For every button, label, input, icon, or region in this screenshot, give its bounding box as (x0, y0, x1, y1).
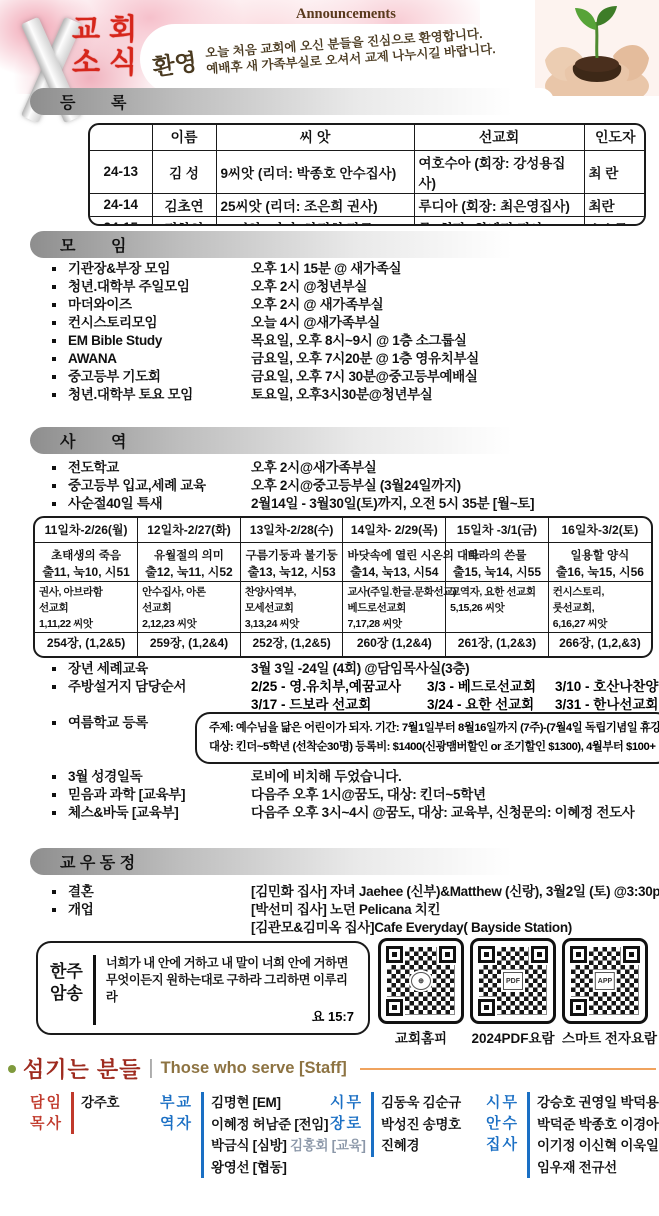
news-line: [김관모&김미옥 집사]Cafe Everyday( Bayside Stati… (251, 919, 572, 937)
news-lines: [박선미 집사] 노던 Pelicana 치킨[김관모&김미옥 집사]Cafe … (251, 901, 572, 937)
registration-cell: 스스로 (584, 216, 646, 226)
registration-table: 이름씨 앗선교회인도자 24-13김 성9씨앗 (리더: 박종호 안수집사)여호… (88, 123, 646, 226)
lent-hymn-cell: 259장, (1,2&4) (138, 632, 241, 657)
section-header-meetings: 모 임 (30, 231, 554, 258)
list-item-value: 오후 1시 15분 @ 새가족실 (251, 260, 401, 278)
list-item: 기관장&부장 모임오후 1시 15분 @ 새가족실 (50, 260, 650, 278)
list-item-value: 2월14일 - 3월30일(토)까지, 오전 5시 35분 [월~토] (251, 495, 534, 513)
qr-finder-icon (531, 946, 548, 963)
list-item-label: 기관장&부장 모임 (68, 260, 251, 278)
staff-group-label: 시무장로 (330, 1090, 363, 1157)
registration-cell-value: 25씨앗 (리더: 조은희 권사) (221, 199, 378, 214)
news-lines: [김민화 집사] 자녀 Jaehee (신부)&Matthew (신랑), 3월… (251, 883, 659, 901)
registration-header-cell: 이름 (152, 125, 216, 150)
verse-reference: 요 15:7 (106, 1006, 358, 1025)
summer-school-line2: 대상: 킨더~5학년 (선착순30명) 등록비: $1400(신광맴버할인 or… (209, 738, 659, 757)
lent-day-cell: 16일차-3/2(토) (548, 518, 651, 542)
qr-label: 2024PDF요람 (470, 1027, 556, 1047)
page-title-line2: 소식 (72, 47, 146, 80)
lent-scripture-text: 출14, 눅13, 시54 (347, 563, 441, 580)
kitchen-duty-row: 2/25 - 영.유치부,예꿈교사3/3 - 베드로선교회3/10 - 호산나찬… (251, 678, 659, 696)
bullet-square-icon (52, 502, 56, 506)
lent-theme-cell: 유월절의 의미출12, 눅11, 시52 (138, 542, 241, 581)
staff-title-divider: | (148, 1057, 153, 1080)
ministry-list: 전도학교오후 2시@새가족부실중고등부 입교,세례 교육오후 2시@중고등부실 … (50, 459, 650, 513)
lent-theme-row: 초태생의 죽음출11, 눅10, 시51유월절의 의미출12, 눅11, 시52… (35, 542, 651, 581)
lent-group-line: 5,15,26 씨앗 (450, 599, 544, 615)
lent-group-row: 권사, 아브라함선교회1,11,22 씨앗안수집사, 아론선교회2,12,23 … (35, 581, 651, 632)
lent-hymn-row: 254장, (1,2&5)259장, (1,2&4)252장, (1,2&5)2… (35, 632, 651, 657)
staff-names: 강주호 (81, 1090, 119, 1134)
table-row: 24-14김초연25씨앗 (리더: 조은희 권사)루디아 (회장: 최은영집사)… (90, 193, 646, 216)
staff-group: 담임목사강주호 (30, 1090, 119, 1134)
bullet-square-icon (52, 908, 56, 912)
registration-cell-value: 최 란 (589, 166, 619, 181)
lent-table: 11일차-2/26(월)12일차-2/27(화)13일차-2/28(수)14일차… (33, 516, 653, 658)
qr-item: PDF2024PDF요람 (470, 938, 556, 1047)
registration-cell-value: 여호수아 (회장: 강성용집사) (419, 156, 566, 191)
church-logo-icon: ⊕ (411, 972, 431, 990)
staff-subtitle: Those who serve [Staff] (161, 1059, 347, 1078)
list-item: AWANA금요일, 오후 7시20분 @ 1층 영유치부실 (50, 350, 650, 368)
list-item-label: 청년.대학부 토요 모임 (68, 386, 251, 404)
list-item-label: 개업 (68, 901, 251, 919)
staff-title: 섬기는 분들 (23, 1053, 141, 1084)
orange-rule (360, 1068, 656, 1070)
staff-heading: 섬기는 분들 | Those who serve [Staff] (8, 1053, 656, 1084)
list-item-value: 금요일, 오후 7시20분 @ 1층 영유치부실 (251, 350, 479, 368)
registration-cell: 29씨앗 (리더: 차경희 장로) (216, 216, 414, 226)
registration-table-head: 이름씨 앗선교회인도자 (90, 125, 646, 150)
bullet-square-icon (52, 811, 56, 815)
lent-group-line: 선교회 (142, 599, 236, 615)
announcements-label: Announcements (296, 6, 396, 23)
table-row: 24-15정찬영29씨앗 (리더: 차경희 장로)룻 (회장: 원혜경 권사)스… (90, 216, 646, 226)
qr-code: ⊕ (378, 938, 464, 1024)
qr-finder-icon (478, 946, 495, 963)
registration-cell-value: 9씨앗 (리더: 박종호 안수집사) (221, 166, 397, 181)
registration-cell-value: 룻 (회장: 원혜경 권사) (419, 222, 548, 227)
list-item: 사순절40일 특새2월14일 - 3월30일(토)까지, 오전 5시 35분 [… (50, 495, 650, 513)
list-item: 중고등부 기도회금요일, 오후 7시 30분@중고등부예배실 (50, 368, 650, 386)
lent-scripture-text: 출16, 눅15, 시56 (553, 563, 647, 580)
bullet-square-icon (52, 721, 56, 725)
registration-cell-value: 루디아 (회장: 최은영집사) (419, 199, 570, 214)
staff-name-line: 진혜경 (381, 1135, 461, 1157)
list-item-label: 3월 성경일독 (68, 768, 251, 786)
bullet-square-icon (52, 375, 56, 379)
lent-day-cell: 13일차-2/28(수) (240, 518, 343, 542)
news-line: [김민화 집사] 자녀 Jaehee (신부)&Matthew (신랑), 3월… (251, 883, 659, 901)
staff-name-text: 박금식 [심방] (211, 1138, 290, 1153)
bullet-square-icon (52, 303, 56, 307)
staff-divider-bar (201, 1092, 204, 1178)
post-items-list: 장년 세례교육3월 3일 -24일 (4회) @담임목사실(3층)주방설거지 담… (50, 660, 650, 822)
lent-theme-text: 초태생의 죽음 (39, 544, 133, 563)
lent-group-line: 안수집사, 아론 (142, 583, 236, 599)
registration-cell: 룻 (회장: 원혜경 권사) (414, 216, 584, 226)
list-item-value: 금요일, 오후 7시 30분@중고등부예배실 (251, 368, 478, 386)
qr-label: 교회홈피 (378, 1027, 464, 1047)
lent-day-cell: 15일차 -3/1(금) (446, 518, 549, 542)
staff-name-line: 박덕준 박종호 이경아 (537, 1114, 659, 1136)
lent-group-line: 베드로선교회 (347, 599, 441, 615)
registration-header-cell (90, 125, 152, 150)
lent-hymn-cell: 254장, (1,2&5) (35, 632, 138, 657)
green-dot-icon (8, 1065, 16, 1073)
list-item: EM Bible Study목요일, 오후 8시~9시 @ 1층 소그룹실 (50, 332, 650, 350)
bullet-square-icon (52, 667, 56, 671)
bullet-square-icon (52, 267, 56, 271)
qr-finder-icon (623, 946, 640, 963)
staff-label-line: 시무 (486, 1092, 519, 1113)
list-item: 청년.대학부 주일모임오후 2시 @청년부실 (50, 278, 650, 296)
registration-cell: 24-13 (90, 150, 152, 193)
registration-cell-value: 정찬영 (164, 222, 203, 227)
registration-cell: 여호수아 (회장: 강성용집사) (414, 150, 584, 193)
staff-name-line: 왕영선 [협동] (211, 1157, 366, 1179)
registration-header-row: 이름씨 앗선교회인도자 (90, 125, 646, 150)
list-item: 청년.대학부 토요 모임토요일, 오후3시30분@청년부실 (50, 386, 650, 404)
lent-hymn-cell: 261장, (1,2&3) (446, 632, 549, 657)
registration-header-cell: 씨 앗 (216, 125, 414, 150)
staff-names: 김동욱 김순규박성진 송명호진혜경 (381, 1090, 461, 1157)
lent-group-cell: 권사, 아브라함선교회1,11,22 씨앗 (35, 581, 138, 632)
staff-group-label: 담임목사 (30, 1090, 63, 1134)
lent-group-line: 찬양사역부, (245, 583, 339, 599)
list-item-value: 3월 3일 -24일 (4회) @담임목사실(3층) (251, 660, 469, 678)
list-item-value: 다음주 오후 1시@꿈도, 대상: 킨더~5학년 (251, 786, 486, 804)
list-item-label: 전도학교 (68, 459, 251, 477)
list-item: 체스&바둑 [교육부]다음주 오후 3시~4시 @꿈도, 대상: 교육부, 신청… (50, 804, 650, 822)
registration-cell-value: 최란 (589, 199, 615, 214)
lent-group-line: 권사, 아브라함 (39, 583, 133, 599)
list-item: 전도학교오후 2시@새가족부실 (50, 459, 650, 477)
bullet-square-icon (52, 339, 56, 343)
lent-group-line: 7,17,28 씨앗 (347, 615, 441, 631)
registration-cell: 25씨앗 (리더: 조은희 권사) (216, 193, 414, 216)
lent-group-line: 모세선교회 (245, 599, 339, 615)
list-item-label: 믿음과 과학 [교육부] (68, 786, 251, 804)
list-item-label: 결혼 (68, 883, 251, 901)
lent-theme-text: 유월절의 의미 (142, 544, 236, 563)
registration-cell: 최란 (584, 193, 646, 216)
registration-cell: 루디아 (회장: 최은영집사) (414, 193, 584, 216)
lent-group-cell: 컨시스토리,룻선교회,6,16,27 씨앗 (548, 581, 651, 632)
qr-finder-icon (570, 999, 587, 1016)
bullet-square-icon (52, 321, 56, 325)
lent-table-body: 11일차-2/26(월)12일차-2/27(화)13일차-2/28(수)14일차… (35, 518, 651, 657)
staff-name-line: 강주호 (81, 1092, 119, 1114)
list-item: 믿음과 과학 [교육부]다음주 오후 1시@꿈도, 대상: 킨더~5학년 (50, 786, 650, 804)
list-item-label: EM Bible Study (68, 332, 251, 350)
list-item-value: 토요일, 오후3시30분@청년부실 (251, 386, 433, 404)
staff-label-line: 시무 (330, 1092, 363, 1113)
lent-group-line: 룻선교회, (553, 599, 647, 615)
section-header-registration: 등 록 (30, 88, 554, 115)
lent-theme-text: 바닷속에 열린 시온의 대로 (347, 544, 441, 563)
lent-scripture-text: 출12, 눅11, 시52 (142, 563, 236, 580)
qr-finder-icon (386, 999, 403, 1016)
list-item-label: 마더와이즈 (68, 296, 251, 314)
staff-group-label: 시무안수집사 (486, 1090, 519, 1178)
bullet-square-icon (52, 793, 56, 797)
list-item: 컨시스토리모임오늘 4시 @새가족부실 (50, 314, 650, 332)
staff-name-line: 김동욱 김순규 (381, 1092, 461, 1114)
list-item-label: 중고등부 입교,세례 교육 (68, 477, 251, 495)
qr-code: APP (562, 938, 648, 1024)
verse-divider (93, 955, 96, 1025)
lent-theme-cell: 초태생의 죽음출11, 눅10, 시51 (35, 542, 138, 581)
lent-hymn-cell: 266장, (1,2,&3) (548, 632, 651, 657)
bullet-square-icon (52, 466, 56, 470)
lent-day-cell: 14일차- 2/29(목) (343, 518, 446, 542)
list-item: 주방설거지 담당순서2/25 - 영.유치부,예꿈교사3/3 - 베드로선교회3… (50, 678, 650, 714)
staff-label-line: 목사 (30, 1113, 63, 1134)
bullet-square-icon (52, 484, 56, 488)
registration-cell-value: 24-14 (103, 197, 138, 212)
staff-divider-bar (527, 1092, 530, 1178)
staff-name-line: 이기정 이신혁 이욱일 (537, 1135, 659, 1157)
lent-theme-cell: 구름기둥과 불기둥출13, 눅12, 시53 (240, 542, 343, 581)
registration-cell: 정찬영 (152, 216, 216, 226)
registration-cell-value: 29씨앗 (리더: 차경희 장로) (221, 222, 378, 227)
registration-cell: 24-15 (90, 216, 152, 226)
verse-text: 너희가 내 안에 거하고 내 말이 너희 안에 거하면 무엇이든지 원하는대로 … (106, 955, 358, 1006)
registration-cell-value: 24-15 (103, 220, 138, 226)
registration-cell: 김 성 (152, 150, 216, 193)
registration-cell: 24-14 (90, 193, 152, 216)
list-item: 중고등부 입교,세례 교육오후 2시@중고등부실 (3월24일까지) (50, 477, 650, 495)
list-item-value: 오후 2시@새가족부실 (251, 459, 376, 477)
lent-group-line: 2,12,23 씨앗 (142, 615, 236, 631)
registration-cell: 김초연 (152, 193, 216, 216)
list-item-value: 다음주 오후 3시~4시 @꿈도, 대상: 교육부, 신청문의: 이혜정 전도사 (251, 804, 635, 822)
registration-header-cell: 선교회 (414, 125, 584, 150)
welcome-label: 환영 (150, 43, 199, 82)
lent-scripture-text: 출13, 눅12, 시53 (245, 563, 339, 580)
staff-label-line: 부교 (160, 1092, 193, 1113)
list-item-label: 컨시스토리모임 (68, 314, 251, 332)
registration-header-cell: 인도자 (584, 125, 646, 150)
kitchen-duty-entry: 2/25 - 영.유치부,예꿈교사 (251, 678, 427, 696)
staff-name-line: 강승호 권영일 박덕용 (537, 1092, 659, 1114)
kitchen-duty-grid: 2/25 - 영.유치부,예꿈교사3/3 - 베드로선교회3/10 - 호산나찬… (251, 678, 659, 714)
memory-verse-label: 한주 암송 (50, 955, 83, 1025)
news-line: [박선미 집사] 노던 Pelicana 치킨 (251, 901, 572, 919)
list-item-label: 사순절40일 특새 (68, 495, 251, 513)
bullet-square-icon (52, 775, 56, 779)
lent-hymn-cell: 260장 (1,2&4) (343, 632, 446, 657)
list-item: 마더와이즈오후 2시 @ 새가족부실 (50, 296, 650, 314)
memory-verse-label-line1: 한주 (50, 961, 83, 983)
kitchen-duty-entry: 3/3 - 베드로선교회 (427, 678, 555, 696)
page-title-line1: 교회 (72, 14, 146, 47)
list-item-label: 장년 세례교육 (68, 660, 251, 678)
list-item-value: 오늘 4시 @새가족부실 (251, 314, 380, 332)
list-item-value: 오후 2시 @ 새가족부실 (251, 296, 383, 314)
lent-group-cell: 안수집사, 아론선교회2,12,23 씨앗 (138, 581, 241, 632)
list-item-label: 체스&바둑 [교육부] (68, 804, 251, 822)
news-list: 결혼[김민화 집사] 자녀 Jaehee (신부)&Matthew (신랑), … (50, 883, 650, 937)
bullet-square-icon (52, 685, 56, 689)
bullet-square-icon (52, 393, 56, 397)
lent-group-cell: 교사(주일.한글.문화선교)베드로선교회7,17,28 씨앗 (343, 581, 446, 632)
registration-cell-value: 김 성 (169, 166, 199, 181)
table-row: 24-13김 성9씨앗 (리더: 박종호 안수집사)여호수아 (회장: 강성용집… (90, 150, 646, 193)
lent-group-line: 1,11,22 씨앗 (39, 615, 133, 631)
qr-code: PDF (470, 938, 556, 1024)
lent-group-line: 6,16,27 씨앗 (553, 615, 647, 631)
lent-header-row: 11일차-2/26(월)12일차-2/27(화)13일차-2/28(수)14일차… (35, 518, 651, 542)
lent-group-cell: 교역자, 요한 선교회5,15,26 씨앗 (446, 581, 549, 632)
staff-name-line: 박성진 송명호 (381, 1114, 461, 1136)
staff-group: 시무장로김동욱 김순규박성진 송명호진혜경 (330, 1090, 461, 1157)
page-title: 교회 소식 (72, 14, 146, 80)
bullet-square-icon (52, 285, 56, 289)
lent-group-line: 3,13,24 씨앗 (245, 615, 339, 631)
section-header-news: 교 우 동 정 (30, 848, 554, 875)
meetings-list: 기관장&부장 모임오후 1시 15분 @ 새가족실청년.대학부 주일모임오후 2… (50, 260, 650, 404)
staff-label-line: 역자 (160, 1113, 193, 1134)
staff-names: 강승호 권영일 박덕용박덕준 박종호 이경아이기정 이신혁 이욱일임우재 전규선 (537, 1090, 659, 1178)
bullet-square-icon (52, 357, 56, 361)
list-item-label: 주방설거지 담당순서 (68, 678, 251, 696)
list-item-value: 오후 2시 @청년부실 (251, 278, 367, 296)
lent-theme-cell: 바닷속에 열린 시온의 대로출14, 눅13, 시54 (343, 542, 446, 581)
lent-group-line: 선교회 (39, 599, 133, 615)
bullet-square-icon (52, 890, 56, 894)
staff-label-line: 장로 (330, 1113, 363, 1134)
staff-label-line: 안수 (486, 1113, 519, 1134)
seedling-hands-image (535, 0, 659, 96)
lent-theme-text: 일용할 양식 (553, 544, 647, 563)
registration-table-body: 24-13김 성9씨앗 (리더: 박종호 안수집사)여호수아 (회장: 강성용집… (90, 150, 646, 226)
list-item: 3월 성경일독로비에 비치해 두었습니다. (50, 768, 650, 786)
lent-scripture-text: 출11, 눅10, 시51 (39, 563, 133, 580)
registration-cell-value: 스스로 (589, 222, 628, 227)
qr-finder-icon (439, 946, 456, 963)
lent-hymn-cell: 252장, (1,2&5) (240, 632, 343, 657)
lent-theme-text: 구름기둥과 불기둥 (245, 544, 339, 563)
summer-school-box: 주제: 예수님을 닮은 어린이가 되자. 기간: 7월1일부터 8월16일까지 … (195, 712, 659, 764)
list-item: 결혼[김민화 집사] 자녀 Jaehee (신부)&Matthew (신랑), … (50, 883, 650, 901)
list-item: 여름학교 등록주제: 예수님을 닮은 어린이가 되자. 기간: 7월1일부터 8… (50, 714, 650, 768)
list-item: 장년 세례교육3월 3일 -24일 (4회) @담임목사실(3층) (50, 660, 650, 678)
summer-school-line1: 주제: 예수님을 닮은 어린이가 되자. 기간: 7월1일부터 8월16일까지 … (209, 719, 659, 738)
lent-group-cell: 찬양사역부,모세선교회3,13,24 씨앗 (240, 581, 343, 632)
list-item-value: 목요일, 오후 8시~9시 @ 1층 소그룹실 (251, 332, 467, 350)
qr-item: ⊕교회홈피 (378, 938, 464, 1047)
list-item: 개업[박선미 집사] 노던 Pelicana 치킨[김관모&김미옥 집사]Caf… (50, 901, 650, 937)
lent-group-line: 교역자, 요한 선교회 (450, 583, 544, 599)
lent-theme-cell: 일용할 양식출16, 눅15, 시56 (548, 542, 651, 581)
lent-day-cell: 11일차-2/26(월) (35, 518, 138, 542)
staff-label-line: 담임 (30, 1092, 63, 1113)
qr-item: APP스마트 전자요람 (562, 938, 648, 1047)
list-item-label: 중고등부 기도회 (68, 368, 251, 386)
qr-finder-icon (478, 999, 495, 1016)
list-item-value: 오후 2시@중고등부실 (3월24일까지) (251, 477, 461, 495)
pdf-file-icon: PDF (503, 972, 523, 990)
memory-verse-label-line2: 암송 (50, 983, 83, 1005)
qr-finder-icon (386, 946, 403, 963)
staff-label-line: 집사 (486, 1134, 519, 1155)
qr-finder-icon (570, 946, 587, 963)
bulletin-page: 교회 소식 Announcements 환영 오늘 처음 교회에 오신 분들을 … (0, 0, 659, 1216)
app-badge-icon: APP (595, 972, 615, 990)
list-item-value: 로비에 비치해 두었습니다. (251, 768, 402, 786)
staff-divider-bar (71, 1092, 74, 1134)
registration-cell: 9씨앗 (리더: 박종호 안수집사) (216, 150, 414, 193)
registration-cell-value: 김초연 (164, 199, 203, 214)
kitchen-duty-entry: 3/10 - 호산나찬양대 (555, 678, 659, 696)
qr-row: ⊕교회홈피PDF2024PDF요람APP스마트 전자요람 (378, 938, 648, 1047)
list-item-label: AWANA (68, 350, 251, 368)
staff-divider-bar (371, 1092, 374, 1157)
lent-group-line: 컨시스토리, (553, 583, 647, 599)
staff-group-label: 부교역자 (160, 1090, 193, 1178)
section-header-ministry: 사 역 (30, 427, 554, 454)
registration-cell-value: 24-13 (103, 164, 138, 179)
qr-label: 스마트 전자요람 (562, 1027, 648, 1047)
lent-scripture-text: 출15, 눅14, 시55 (450, 563, 544, 580)
staff-name-line: 임우재 전규선 (537, 1157, 659, 1179)
list-item-label: 청년.대학부 주일모임 (68, 278, 251, 296)
lent-day-cell: 12일차-2/27(화) (138, 518, 241, 542)
lent-group-line: 교사(주일.한글.문화선교) (347, 583, 441, 599)
registration-cell: 최 란 (584, 150, 646, 193)
memory-verse-box: 한주 암송 너희가 내 안에 거하고 내 말이 너희 안에 거하면 무엇이든지 … (36, 941, 370, 1035)
staff-group: 시무안수집사강승호 권영일 박덕용박덕준 박종호 이경아이기정 이신혁 이욱일임… (486, 1090, 659, 1178)
